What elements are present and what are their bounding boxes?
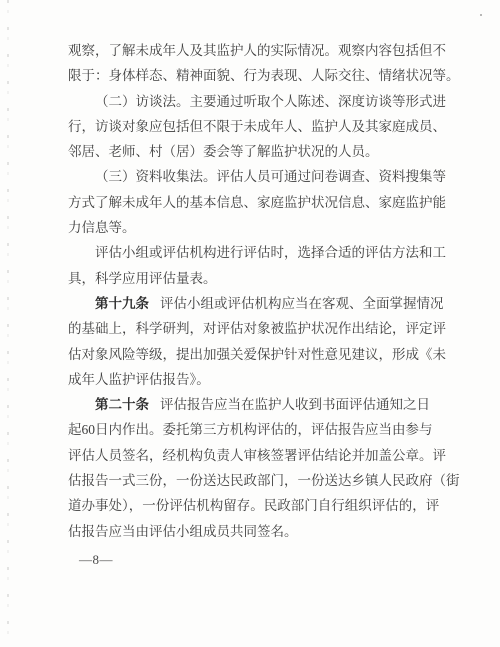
- text-line: 道办事处），一份评估机构留存。民政部门自行组织评估的，评: [68, 493, 450, 518]
- text-line-content: 估对象风险等级，提出加强关爱保护针对性意见建议，形成《未: [68, 347, 446, 362]
- text-line: 限于：身体样态、精神面貌、行为表现、人际交往、情绪状况等。: [68, 63, 450, 88]
- text-line: 评估人员签名，经机构负责人审核签署评估结论并加盖公章。评: [68, 443, 450, 468]
- text-line-content: 限于：身体样态、精神面貌、行为表现、人际交往、情绪状况等。: [68, 68, 460, 83]
- text-line: 方式了解未成年人的基本信息、家庭监护状况信息、家庭监护能: [68, 190, 450, 215]
- text-line-content: 评估小组或评估机构进行评估时，选择合适的评估方法和工: [95, 245, 446, 260]
- text-line-content: 道办事处），一份评估机构留存。民政部门自行组织评估的，评: [68, 498, 439, 513]
- text-line-content: （二）访谈法。主要通过听取个人陈述、深度访谈等形式进: [95, 94, 446, 109]
- text-line: 估报告应当由评估小组成员共同签名。: [68, 519, 450, 544]
- text-line: 起60日内作出。委托第三方机构评估的，评估报告应当由参与: [68, 417, 450, 442]
- text-line-content: 方式了解未成年人的基本信息、家庭监护状况信息、家庭监护能: [68, 195, 446, 210]
- text-line-content: 评估小组或评估机构应当在客观、全面掌握情况: [160, 296, 444, 311]
- text-line: （三）资料收集法。评估人员可通过问卷调查、资料搜集等: [68, 164, 450, 189]
- text-line: 第二十条评估报告应当在监护人收到书面评估通知之日: [68, 392, 450, 417]
- text-line: 评估小组或评估机构进行评估时，选择合适的评估方法和工: [68, 240, 450, 265]
- text-line: 估对象风险等级，提出加强关爱保护针对性意见建议，形成《未: [68, 342, 450, 367]
- page-number: —8—: [79, 552, 113, 568]
- text-line-content: 的基础上，科学研判，对评估对象被监护状况作出结论，评定评: [68, 321, 446, 336]
- article-20-heading: 第二十条: [95, 397, 149, 412]
- text-line: 行，访谈对象应包括但不限于未成年人、监护人及其家庭成员、: [68, 114, 450, 139]
- text-line: 成年人监护评估报告》。: [68, 367, 450, 392]
- text-line-content: 行，访谈对象应包括但不限于未成年人、监护人及其家庭成员、: [68, 119, 446, 134]
- text-line: 估报告一式三份，一份送达民政部门，一份送达乡镇人民政府（街: [68, 468, 450, 493]
- text-line: 具，科学应用评估量表。: [68, 266, 450, 291]
- text-line: 第十九条评估小组或评估机构应当在客观、全面掌握情况: [68, 291, 450, 316]
- text-line-content: 成年人监护评估报告》。: [68, 372, 210, 387]
- text-line-content: 力信息等。: [68, 220, 136, 235]
- text-line-content: 具，科学应用评估量表。: [68, 271, 217, 286]
- text-line: 观察，了解未成年人及其监护人的实际情况。观察内容包括但不: [68, 38, 450, 63]
- scan-speck: [480, 14, 482, 16]
- document-body: 观察，了解未成年人及其监护人的实际情况。观察内容包括但不 限于：身体样态、精神面…: [68, 38, 450, 544]
- text-line-content: 估报告一式三份，一份送达民政部门，一份送达乡镇人民政府（街: [68, 473, 460, 488]
- text-line-content: 起60日内作出。委托第三方机构评估的，评估报告应当由参与: [68, 422, 433, 437]
- text-line-content: 评估报告应当在监护人收到书面评估通知之日: [160, 397, 430, 412]
- text-line: （二）访谈法。主要通过听取个人陈述、深度访谈等形式进: [68, 89, 450, 114]
- text-line-content: 观察，了解未成年人及其监护人的实际情况。观察内容包括但不: [68, 43, 446, 58]
- text-line: 力信息等。: [68, 215, 450, 240]
- document-page: 观察，了解未成年人及其监护人的实际情况。观察内容包括但不 限于：身体样态、精神面…: [0, 0, 500, 647]
- text-line: 的基础上，科学研判，对评估对象被监护状况作出结论，评定评: [68, 316, 450, 341]
- text-line-content: 评估人员签名，经机构负责人审核签署评估结论并加盖公章。评: [68, 448, 446, 463]
- text-line-content: 邻居、老师、村（居）委会等了解监护状况的人员。: [68, 144, 379, 159]
- article-19-heading: 第十九条: [95, 296, 149, 311]
- text-line: 邻居、老师、村（居）委会等了解监护状况的人员。: [68, 139, 450, 164]
- text-line-content: 估报告应当由评估小组成员共同签名。: [68, 524, 298, 539]
- text-line-content: （三）资料收集法。评估人员可通过问卷调查、资料搜集等: [95, 169, 446, 184]
- scan-edge-artifacts: [7, 0, 9, 647]
